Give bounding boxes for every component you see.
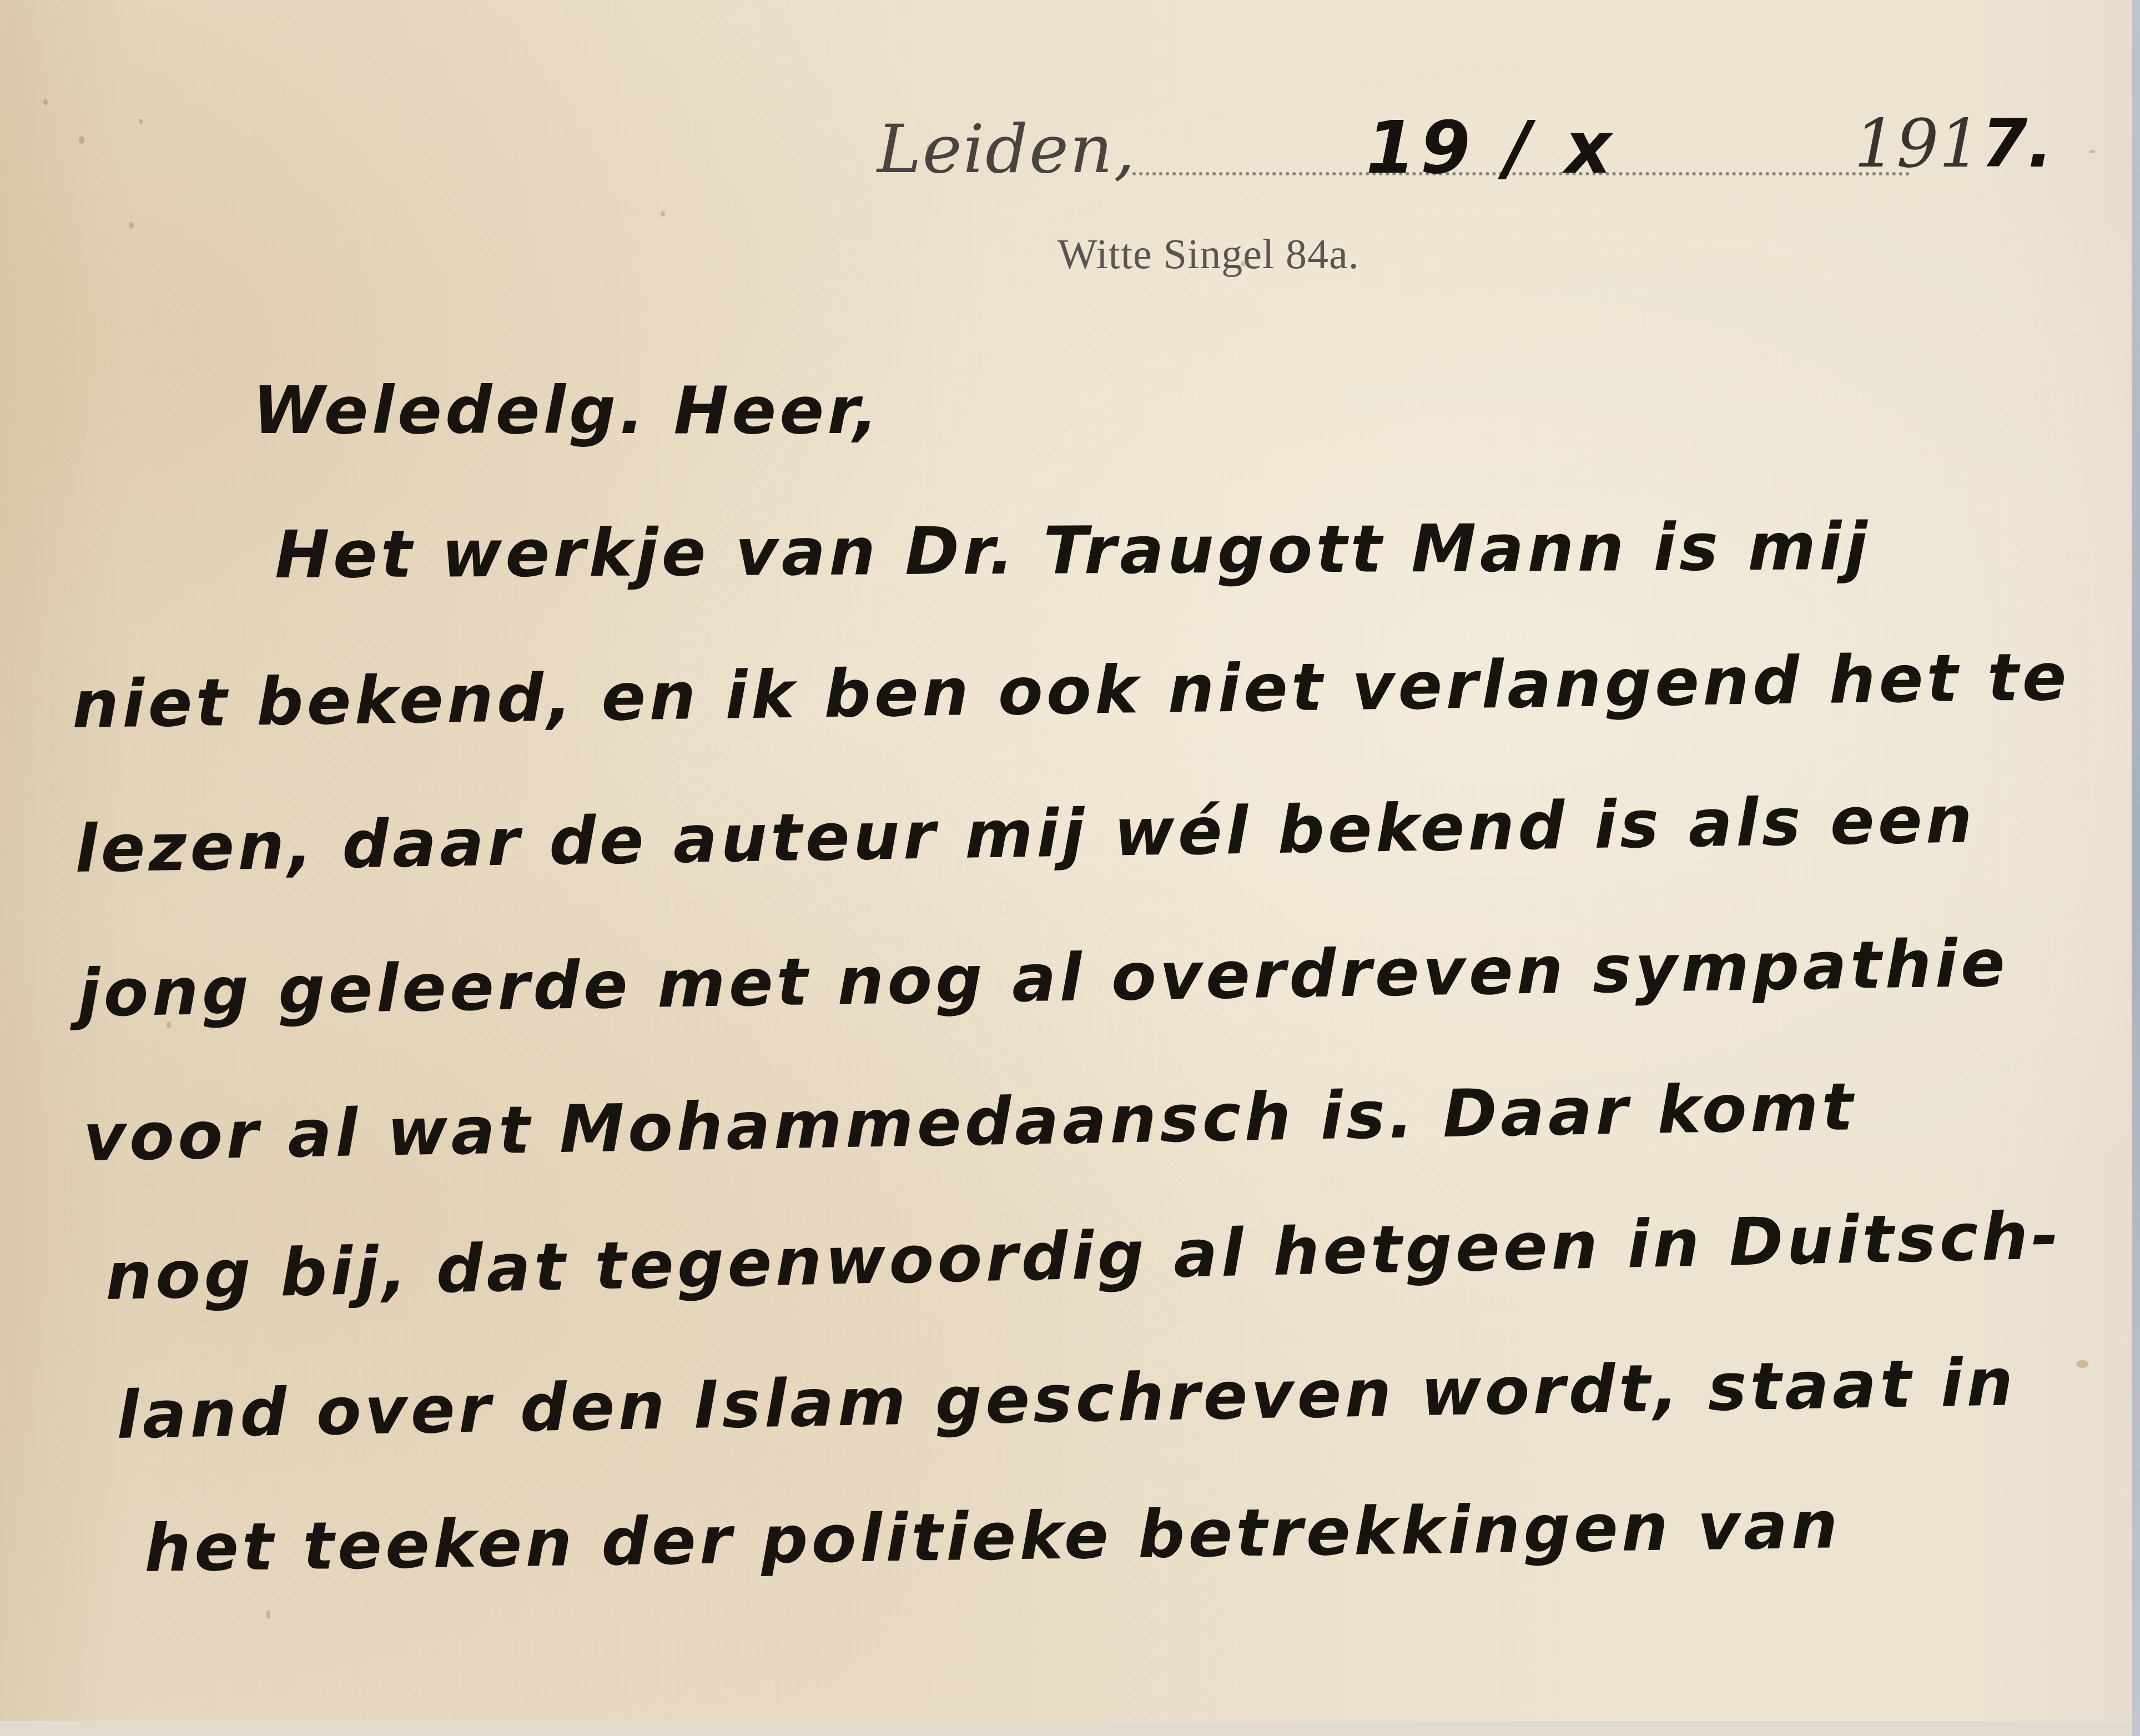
foxing-spot (2076, 1360, 2088, 1368)
handwritten-year-suffix: 7. (1981, 105, 2053, 183)
letterhead-address: Witte Singel 84a. (1058, 230, 1359, 279)
letter-line: voor al wat Mohammedaansch is. Daar komt (83, 1068, 1857, 1176)
page-bottom-edge (0, 1721, 2132, 1736)
foxing-spot (2089, 150, 2096, 153)
foxing-spot (139, 119, 143, 124)
letterhead-place-date: Leiden, 19 / x 1917. (877, 100, 2043, 211)
letter-line: niet bekend, en ik ben ook niet verlange… (72, 638, 2070, 743)
letter-line: jong geleerde met nog al overdreven symp… (77, 924, 2009, 1031)
letter-line: nog bij, dat tegenwoordig al hetgeen in … (105, 1197, 2063, 1315)
foxing-spot (266, 1610, 270, 1619)
adjacent-page-edge (2132, 0, 2140, 1736)
letter-line: het teeken der politieke betrekkingen va… (144, 1486, 1841, 1587)
printed-year-prefix: 191 (1854, 105, 1981, 183)
letter-salutation: Weledelg. Heer, (253, 372, 882, 449)
letterhead-place: Leiden, (877, 111, 1136, 188)
letter-line: Het werkje van Dr. Traugott Mann is mij (275, 508, 1871, 593)
foxing-spot (661, 211, 665, 217)
letterhead-year: 1917. (1854, 105, 2053, 183)
handwritten-date: 19 / x (1366, 105, 1616, 190)
foxing-spot (79, 136, 84, 144)
foxing-spot (43, 99, 48, 105)
letter-line: lezen, daar de auteur mij wél bekend is … (74, 781, 1976, 887)
foxing-spot (129, 222, 134, 229)
letter-page: Leiden, 19 / x 1917. Witte Singel 84a. W… (0, 0, 2132, 1721)
letter-line: land over den Islam geschreven wordt, st… (116, 1343, 2017, 1453)
